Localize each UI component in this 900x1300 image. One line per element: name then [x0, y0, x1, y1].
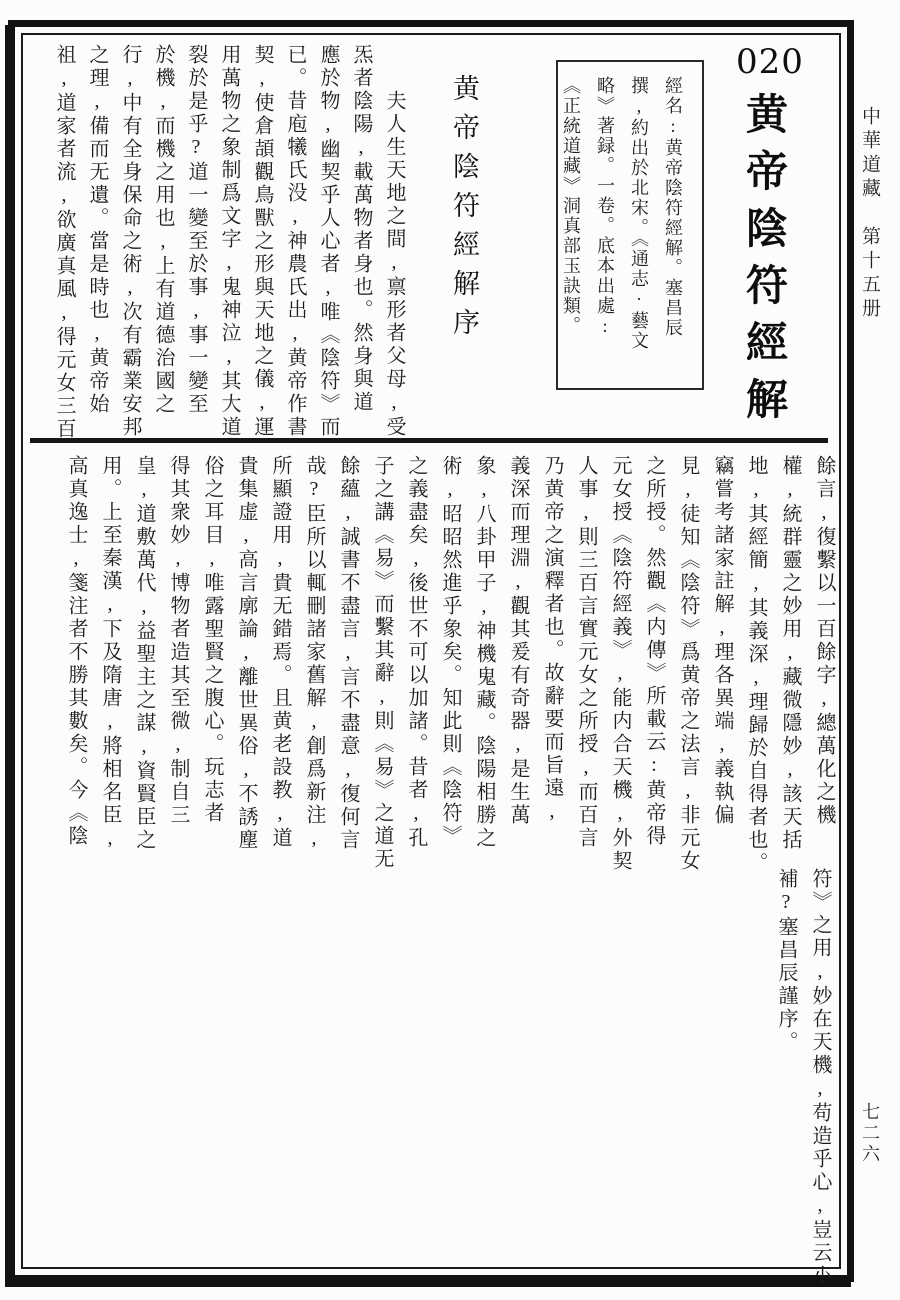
text-column: 竊嘗考諸家註解,理各異端,義執偏 [708, 455, 732, 827]
text-column: 契,使倉頡觀鳥獸之形與天地之儀,運 [248, 44, 272, 439]
text-column: 補?塞昌辰謹序。 [772, 868, 796, 1054]
text-column: 餘蘊,誠書不盡言,言不盡意,復何言 [334, 455, 358, 852]
abstract-column: 經名:黄帝陰符經解。塞昌辰 [664, 76, 682, 338]
text-column: 元女授《陰符經義》,能内合天機,外契 [606, 455, 630, 873]
scanned-page: 中華道藏 第十五册 七二六 020 黄帝陰符經解 經名:黄帝陰符經解。塞昌辰 撰… [0, 0, 900, 1300]
text-column: 之理,備而无遺。當是時也,黄帝始 [83, 44, 107, 416]
text-column: 子之講《易》而繫其辭,則《易》之道无 [368, 455, 392, 871]
text-column: 人事,則三百言實元女之所授,而百言 [572, 455, 596, 850]
text-column: 乃黄帝之演釋者也。故辭要而旨遠, [538, 455, 562, 825]
abstract-column: 撰,約出於北宋。《通志·藝文 [630, 76, 648, 351]
text-column: 之義盡矣,後世不可以加諸。昔者,孔 [402, 455, 426, 850]
abstract-box: 經名:黄帝陰符經解。塞昌辰 撰,約出於北宋。《通志·藝文 略》著録。一卷。底本出… [556, 60, 704, 390]
text-column: 權,統群靈之妙用,藏微隱妙,該天括 [776, 455, 800, 852]
text-column: 術,昭昭然進乎象矣。知此則《陰符》 [436, 455, 460, 848]
abstract-column: 《正統道藏》洞真部玉訣類。 [562, 76, 580, 336]
text-column: 餘言,復繫以一百餘字,總萬化之機 [810, 455, 834, 827]
text-column: 用。上至秦漢,下及隋唐,將相名臣, [96, 455, 120, 852]
text-column: 所顯證用,貴无錯焉。且黄老設教,道 [266, 455, 290, 850]
text-column: 祖,道家者流,欲廣真風,得元女三百 [50, 44, 74, 441]
text-column: 象,八卦甲子,神機鬼藏。陰陽相勝之 [470, 455, 494, 850]
text-column: 貴集虚,高言廓論,離世異俗,不誘塵 [232, 455, 256, 852]
text-column: 符》之用,妙在天機,苟造乎心,豈云小 [806, 868, 830, 1288]
preface-heading: 黄帝陰符經解序 [450, 74, 477, 347]
text-column: 皇,道敷萬代,益聖主之謀,資賢臣之 [130, 455, 154, 852]
edition-volume-label: 中華道藏 第十五册 [860, 106, 879, 322]
text-column: 應於物,幽契乎人心者,唯《陰符》而 [314, 44, 338, 439]
text-column: 於機,而機之用也,上有道德治國之 [149, 44, 173, 416]
text-column: 得其衆妙,博物者造其至微,制自三 [164, 455, 188, 827]
folio-page-number: 七二六 [861, 1102, 879, 1165]
text-column: 用萬物之象制爲文字,鬼神泣,其大道 [215, 44, 239, 439]
text-column: 見,徒知《陰符》爲黄帝之法言,非元女 [674, 455, 698, 873]
text-column: 炁者陰陽,載萬物者身也。然身與道 [347, 44, 371, 414]
text-column: 裂於是乎?道一變至於事,事一變至 [182, 44, 206, 416]
text-column: 高真逸士,箋注者不勝其數矣。今《陰 [62, 455, 86, 848]
text-column: 哉?臣所以輒刪諸家舊解,創爲新注, [300, 455, 324, 852]
text-column: 義深而理淵,觀其爰有奇器,是生萬 [504, 455, 528, 827]
work-title: 黄帝陰符經解 [742, 92, 784, 434]
text-column: 夫人生天地之間,禀形者父母,受 [380, 90, 404, 439]
text-column: 地,其經簡,其義深,理歸於自得者也。 [742, 455, 766, 875]
text-column: 已。昔庖犧氏没,神農氏出,黄帝作書 [281, 44, 305, 439]
item-number: 020 [733, 42, 807, 82]
text-column: 之所授。然觀《内傳》所載云:黄帝得 [640, 455, 664, 848]
section-divider [30, 438, 828, 443]
text-column: 行,中有全身保命之術,次有霸業安邦 [116, 44, 140, 439]
text-column: 俗之耳目,唯露聖賢之腹心。玩志者 [198, 455, 222, 825]
abstract-column: 略》著録。一卷。底本出處: [596, 76, 614, 338]
